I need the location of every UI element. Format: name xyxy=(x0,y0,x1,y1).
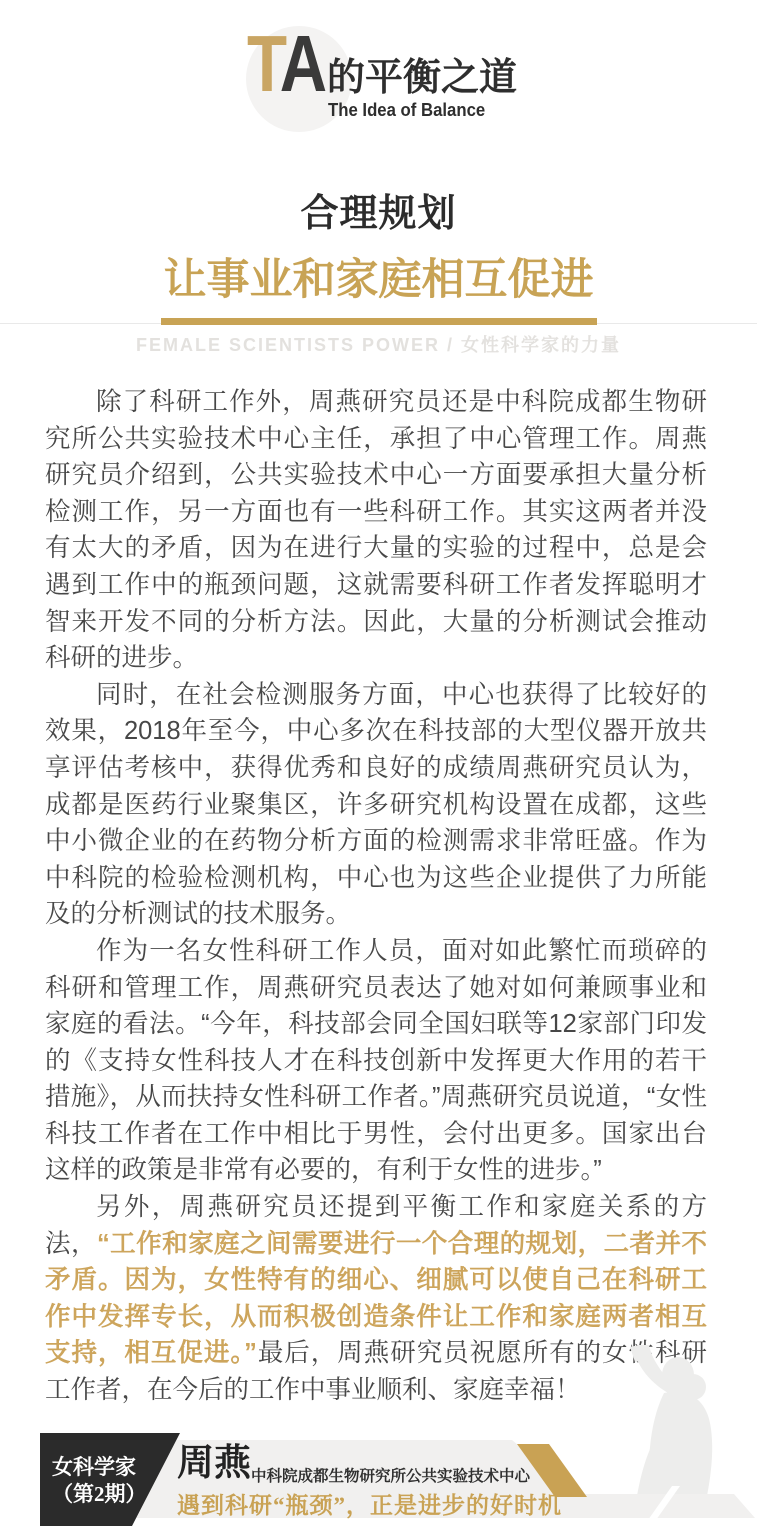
logo-chinese-title: 的平衡之道 xyxy=(327,58,517,98)
title-section: 合理规划 让事业和家庭相互促进 FEMALE SCIENTISTS POWER … xyxy=(0,182,757,357)
scientist-quote: 遇到科研“瓶颈”，正是进步的好时机 xyxy=(177,1487,562,1520)
divider-gold-bar xyxy=(161,318,597,325)
article-title-line2: 让事业和家庭相互促进 xyxy=(0,246,757,307)
title-divider xyxy=(0,318,757,326)
paragraph-1: 除了科研工作外，周燕研究员还是中科院成都生物研究所公共实验技术中心主任，承担了中… xyxy=(45,384,707,677)
logo-english-title: The Idea of Balance xyxy=(328,100,485,121)
header-logo: TA 的平衡之道 The Idea of Balance xyxy=(0,0,757,152)
scientist-name: 周燕 xyxy=(177,1444,251,1484)
paragraph-3: 作为一名女性科研工作人员，面对如此繁忙而琐碎的科研和管理工作，周燕研究员表达了她… xyxy=(45,933,707,1189)
logo-letter-t: T xyxy=(247,19,280,108)
scientist-affiliation: 中科院成都生物研究所公共实验技术中心 xyxy=(251,1464,530,1486)
article-body: 除了科研工作外，周燕研究员还是中科院成都生物研究所公共实验技术中心主任，承担了中… xyxy=(0,384,757,1409)
series-tagline: FEMALE SCIENTISTS POWER / 女性科学家的力量 xyxy=(0,331,757,357)
scientist-silhouette-graphic xyxy=(560,1345,755,1517)
logo-letter-a: A xyxy=(280,19,325,108)
article-title-line1: 合理规划 xyxy=(0,182,757,237)
paragraph-2: 同时，在社会检测服务方面，中心也获得了比较好的效果，2018年至今，中心多次在科… xyxy=(45,677,707,933)
article-page: TA 的平衡之道 The Idea of Balance 合理规划 让事业和家庭… xyxy=(0,0,757,1531)
logo-ta-monogram: TA xyxy=(247,24,325,104)
